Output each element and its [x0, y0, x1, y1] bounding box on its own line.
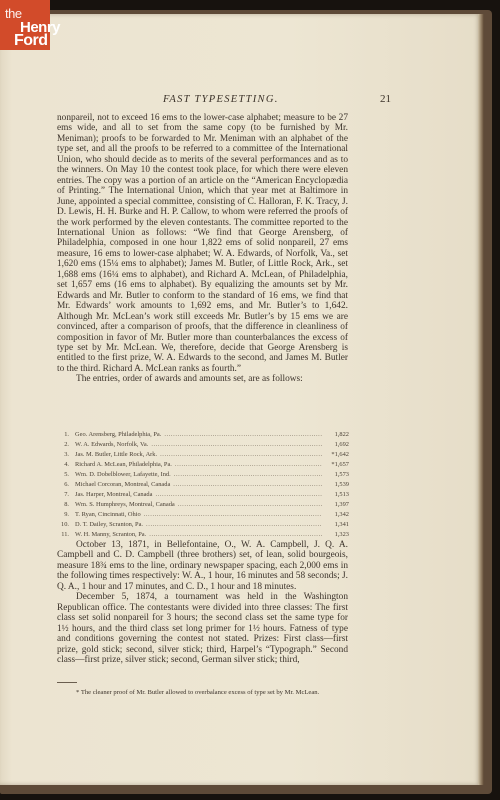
entry-number: 5.: [57, 470, 69, 480]
footnote: * The cleaner proof of Mr. Butler allowe…: [57, 688, 348, 698]
leader-dots: ........................................…: [178, 500, 322, 510]
entry-number: 10.: [57, 520, 69, 530]
body-text-top: nonpareil, not to exceed 16 ems to the l…: [57, 113, 348, 385]
leader-dots: ........................................…: [164, 430, 322, 440]
footnote-divider: [57, 682, 77, 683]
leader-dots: ........................................…: [151, 440, 322, 450]
leader-dots: ........................................…: [175, 460, 322, 470]
leader-dots: ........................................…: [146, 520, 322, 530]
entry-amount: 1,822: [325, 430, 349, 440]
entry-number: 9.: [57, 510, 69, 520]
entry-amount: 1,539: [325, 480, 349, 490]
entry-number: 8.: [57, 500, 69, 510]
entry-name: Wm. D. Dobelblower, Lafayette, Ind.: [75, 470, 171, 480]
running-title: FAST TYPESETTING.: [163, 94, 279, 105]
paragraph-campbell-brothers: October 13, 1871, in Bellefontaine, O., …: [57, 540, 348, 592]
paragraph-republican-tournament: December 5, 1874, a tournament was held …: [57, 592, 348, 665]
entry-amount: 1,573: [325, 470, 349, 480]
henry-ford-logo: the Henry Ford: [0, 0, 50, 50]
entry-number: 1.: [57, 430, 69, 440]
entry-number: 7.: [57, 490, 69, 500]
entry-amount: 1,397: [325, 500, 349, 510]
leader-dots: ........................................…: [155, 490, 322, 500]
list-item: 2.W. A. Edwards, Norfolk, Va............…: [57, 440, 349, 450]
leader-dots: ........................................…: [173, 480, 322, 490]
body-text-bottom: October 13, 1871, in Bellefontaine, O., …: [57, 540, 348, 665]
entry-name: W. A. Edwards, Norfolk, Va.: [75, 440, 148, 450]
leader-dots: ........................................…: [144, 510, 322, 520]
entry-number: 4.: [57, 460, 69, 470]
entry-amount: *1,657: [325, 460, 349, 470]
page-number: 21: [380, 93, 391, 105]
entry-name: Geo. Arensberg, Philadelphia, Pa.: [75, 430, 161, 440]
entry-number: 3.: [57, 450, 69, 460]
entry-name: Wm. S. Humphreys, Montreal, Canada: [75, 500, 175, 510]
list-item: 5.Wm. D. Dobelblower, Lafayette, Ind....…: [57, 470, 349, 480]
entry-name: W. H. Manny, Scranton, Pa.: [75, 530, 146, 540]
entry-name: Jas. M. Butler, Little Rock, Ark.: [75, 450, 157, 460]
footnote-text: * The cleaner proof of Mr. Butler allowe…: [57, 688, 348, 698]
leader-dots: ........................................…: [160, 450, 322, 460]
entry-name: T. Ryan, Cincinnati, Ohio: [75, 510, 141, 520]
entry-name: Jas. Harper, Montreal, Canada: [75, 490, 152, 500]
entry-amount: 1,692: [325, 440, 349, 450]
paragraph-contest-report: nonpareil, not to exceed 16 ems to the l…: [57, 113, 348, 374]
page-header: FAST TYPESETTING. 21: [60, 94, 390, 108]
list-item: 6.Michael Corcoran, Montreal, Canada....…: [57, 480, 349, 490]
list-item: 9.T. Ryan, Cincinnati, Ohio.............…: [57, 510, 349, 520]
leader-dots: ........................................…: [149, 530, 322, 540]
leader-dots: ........................................…: [174, 470, 322, 480]
list-item: 1.Geo. Arensberg, Philadelphia, Pa......…: [57, 430, 349, 440]
entry-name: Michael Corcoran, Montreal, Canada: [75, 480, 170, 490]
list-item: 8.Wm. S. Humphreys, Montreal, Canada....…: [57, 500, 349, 510]
list-item: 11.W. H. Manny, Scranton, Pa............…: [57, 530, 349, 540]
entry-amount: 1,323: [325, 530, 349, 540]
list-item: 10.D. T. Dailey, Scranton, Pa...........…: [57, 520, 349, 530]
paragraph-entries-intro: The entries, order of awards and amounts…: [57, 374, 348, 384]
entries-list: 1.Geo. Arensberg, Philadelphia, Pa......…: [57, 430, 349, 541]
entry-amount: *1,642: [325, 450, 349, 460]
entry-amount: 1,513: [325, 490, 349, 500]
entry-name: Richard A. McLean, Philadelphia, Pa.: [75, 460, 172, 470]
entry-number: 6.: [57, 480, 69, 490]
entry-number: 2.: [57, 440, 69, 450]
entry-amount: 1,342: [325, 510, 349, 520]
entry-name: D. T. Dailey, Scranton, Pa.: [75, 520, 143, 530]
logo-text-ford: Ford: [14, 32, 48, 50]
entry-amount: 1,341: [325, 520, 349, 530]
list-item: 3.Jas. M. Butler, Little Rock, Ark......…: [57, 450, 349, 460]
entry-number: 11.: [57, 530, 69, 540]
list-item: 7.Jas. Harper, Montreal, Canada.........…: [57, 490, 349, 500]
list-item: 4.Richard A. McLean, Philadelphia, Pa...…: [57, 460, 349, 470]
page-edge: [478, 14, 484, 785]
